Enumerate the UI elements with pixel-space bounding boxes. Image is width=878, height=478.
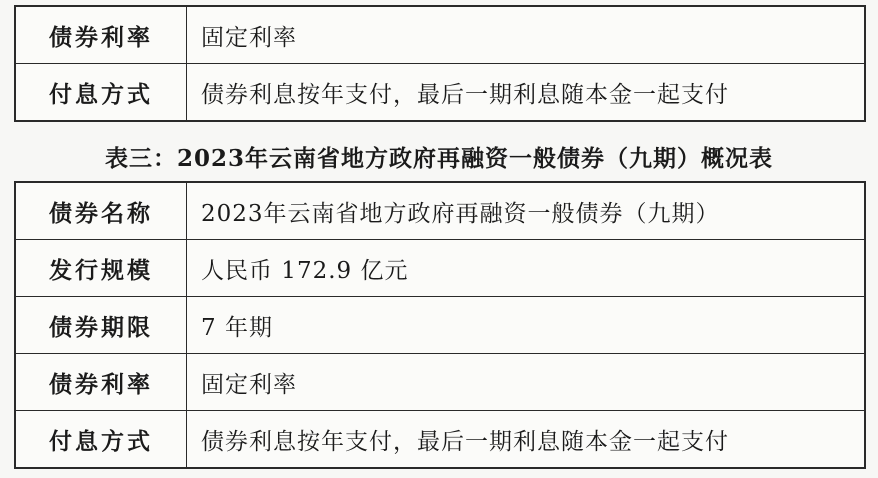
row-label-term: 债券期限 bbox=[15, 297, 187, 354]
row-value-interest-rate: 固定利率 bbox=[187, 6, 866, 64]
table-row: 债券利率 固定利率 bbox=[15, 354, 865, 411]
table-row: 债券利率 固定利率 bbox=[15, 6, 865, 64]
row-value-payment-method: 债券利息按年支付，最后一期利息随本金一起支付 bbox=[187, 64, 866, 122]
row-label-interest-rate: 债券利率 bbox=[15, 6, 187, 64]
row-label-bond-name: 债券名称 bbox=[15, 182, 187, 240]
row-label-issue-size: 发行规模 bbox=[15, 240, 187, 297]
row-value-issue-size: 人民币 172.9 亿元 bbox=[187, 240, 866, 297]
table-row: 付息方式 债券利息按年支付，最后一期利息随本金一起支付 bbox=[15, 64, 865, 122]
row-value-interest-rate: 固定利率 bbox=[187, 354, 866, 411]
row-label-interest-rate: 债券利率 bbox=[15, 354, 187, 411]
row-label-payment-method: 付息方式 bbox=[15, 64, 187, 122]
row-value-bond-name: 2023年云南省地方政府再融资一般债券（九期） bbox=[187, 182, 866, 240]
row-value-term: 7 年期 bbox=[187, 297, 866, 354]
table-row: 发行规模 人民币 172.9 亿元 bbox=[15, 240, 865, 297]
bond-overview-table: 债券名称 2023年云南省地方政府再融资一般债券（九期） 发行规模 人民币 17… bbox=[14, 181, 866, 469]
table-row: 债券期限 7 年期 bbox=[15, 297, 865, 354]
table-row: 债券名称 2023年云南省地方政府再融资一般债券（九期） bbox=[15, 182, 865, 240]
previous-bond-table-fragment: 债券利率 固定利率 付息方式 债券利息按年支付，最后一期利息随本金一起支付 bbox=[14, 5, 866, 122]
table-title: 表三：2023年云南省地方政府再融资一般债券（九期）概况表 bbox=[0, 140, 878, 173]
row-value-payment-method: 债券利息按年支付，最后一期利息随本金一起支付 bbox=[187, 411, 866, 469]
table-row: 付息方式 债券利息按年支付，最后一期利息随本金一起支付 bbox=[15, 411, 865, 469]
row-label-payment-method: 付息方式 bbox=[15, 411, 187, 469]
